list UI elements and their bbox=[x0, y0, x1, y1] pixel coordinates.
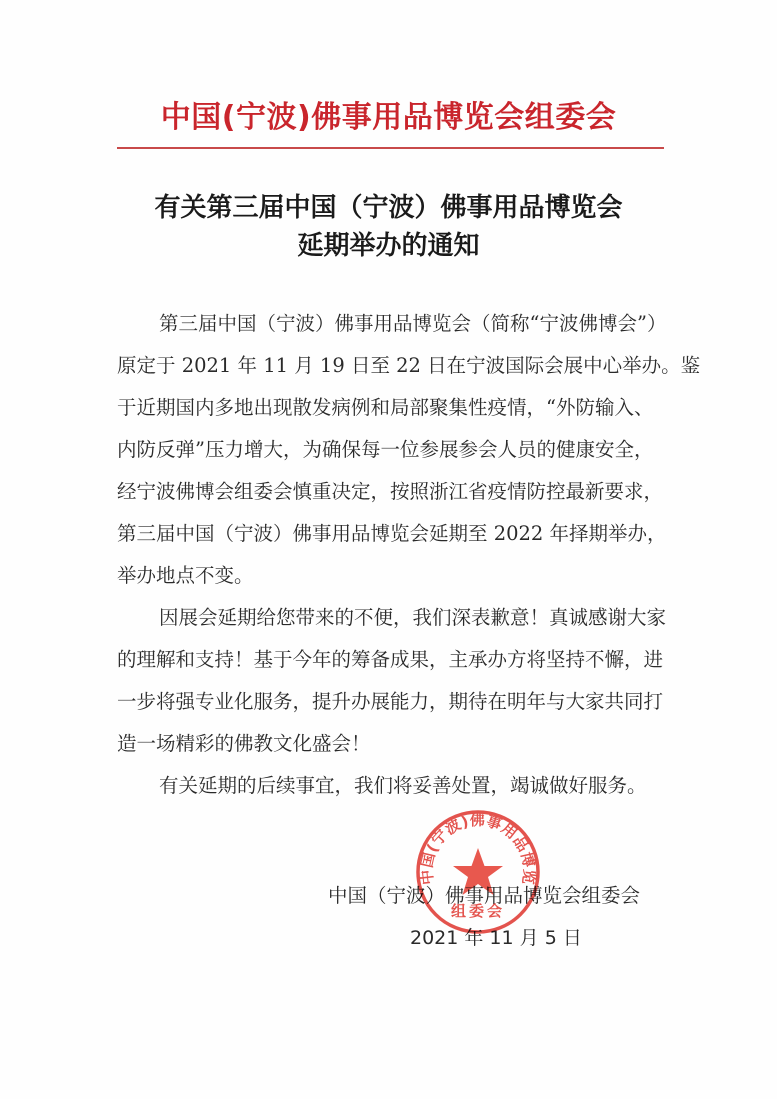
body-line: 第三届中国（宁波）佛事用品博览会（简称“宁波佛博会”） bbox=[159, 303, 719, 345]
header-divider bbox=[117, 147, 664, 149]
organization-header: 中国(宁波)佛事用品博览会组委会 bbox=[0, 96, 777, 140]
body-line: 有关延期的后续事宜，我们将妥善处置，竭诚做好服务。 bbox=[159, 765, 719, 807]
star-icon bbox=[453, 848, 503, 895]
body-line: 内防反弹”压力增大，为确保每一位参展参会人员的健康安全， bbox=[117, 429, 677, 471]
body-line: 原定于 2021 年 11 月 19 日至 22 日在宁波国际会展中心举办。鉴 bbox=[117, 345, 677, 387]
body-line: 经宁波佛博会组委会慎重决定，按照浙江省疫情防控最新要求， bbox=[117, 471, 677, 513]
notice-title-line-2: 延期举办的通知 bbox=[0, 226, 777, 266]
notice-document: 中国(宁波)佛事用品博览会组委会 有关第三届中国（宁波）佛事用品博览会 延期举办… bbox=[0, 0, 777, 1099]
body-line: 第三届中国（宁波）佛事用品博览会延期至 2022 年择期举办， bbox=[117, 513, 677, 555]
body-line: 因展会延期给您带来的不便，我们深表歉意！真诚感谢大家 bbox=[159, 597, 719, 639]
body-line: 造一场精彩的佛教文化盛会！ bbox=[117, 723, 677, 765]
official-seal-icon: 中国(宁波)佛事用品博览 组委会 bbox=[414, 808, 542, 936]
body-line: 举办地点不变。 bbox=[117, 555, 677, 597]
notice-title-line-1: 有关第三届中国（宁波）佛事用品博览会 bbox=[0, 188, 777, 228]
body-line: 一步将强专业化服务，提升办展能力，期待在明年与大家共同打 bbox=[117, 681, 677, 723]
seal-bottom-text: 组委会 bbox=[451, 902, 505, 920]
body-line: 于近期国内多地出现散发病例和局部聚集性疫情，“外防输入、 bbox=[117, 387, 677, 429]
body-line: 的理解和支持！基于今年的筹备成果，主承办方将坚持不懈，进 bbox=[117, 639, 677, 681]
